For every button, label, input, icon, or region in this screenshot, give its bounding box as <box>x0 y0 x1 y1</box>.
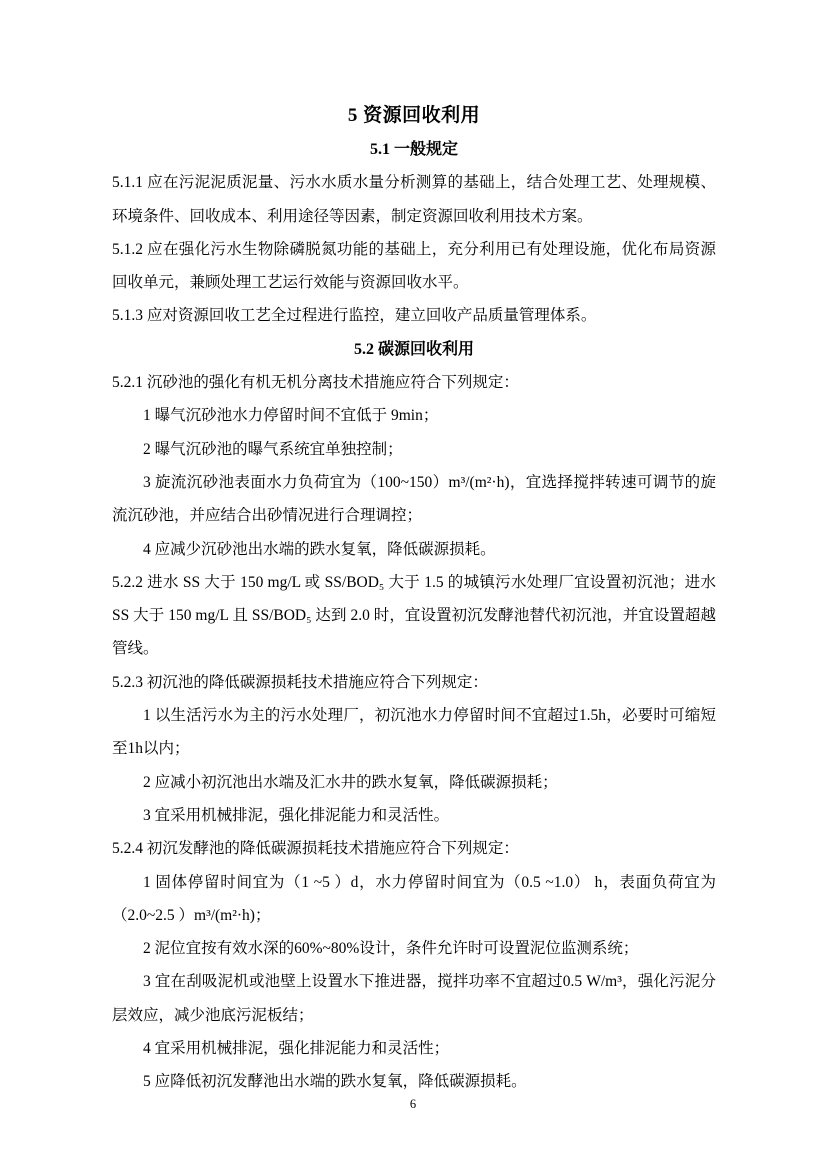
clause-5-2-3: 5.2.3 初沉池的降低碳源损耗技术措施应符合下列规定： <box>112 666 716 699</box>
clause-5-2-3-item-2: 2 应减小初沉池出水端及汇水井的跌水复氧，降低碳源损耗； <box>112 766 716 799</box>
clause-5-1-3: 5.1.3 应对资源回收工艺全过程进行监控，建立回收产品质量管理体系。 <box>112 299 716 332</box>
clause-5-2-4: 5.2.4 初沉发酵池的降低碳源损耗技术措施应符合下列规定： <box>112 832 716 865</box>
clause-5-2-4-item-1: 1 固体停留时间宜为（1 ~5 ）d，水力停留时间宜为（0.5 ~1.0） h，… <box>112 866 716 933</box>
clause-5-2-1: 5.2.1 沉砂池的强化有机无机分离技术措施应符合下列规定： <box>112 366 716 399</box>
section-heading-5-2: 5.2 碳源回收利用 <box>112 333 716 366</box>
clause-5-2-3-item-3: 3 宜采用机械排泥，强化排泥能力和灵活性。 <box>112 799 716 832</box>
document-content: 5 资源回收利用 5.1 一般规定 5.1.1 应在污泥泥质泥量、污水水质水量分… <box>112 99 716 1099</box>
clause-5-2-1-item-3: 3 旋流沉砂池表面水力负荷宜为（100~150）m³/(m²·h)，宜选择搅拌转… <box>112 466 716 533</box>
clause-5-2-1-item-4: 4 应减少沉砂池出水端的跌水复氧，降低碳源损耗。 <box>112 533 716 566</box>
chapter-title: 5 资源回收利用 <box>112 99 716 133</box>
clause-5-2-1-item-1: 1 曝气沉砂池水力停留时间不宜低于 9min； <box>112 399 716 432</box>
clause-5-2-4-item-4: 4 宜采用机械排泥，强化排泥能力和灵活性； <box>112 1032 716 1065</box>
clause-5-2-4-item-3: 3 宜在刮吸泥机或池壁上设置水下推进器，搅拌功率不宜超过0.5 W/m³，强化污… <box>112 965 716 1032</box>
clause-5-1-1: 5.1.1 应在污泥泥质泥量、污水水质水量分析测算的基础上，结合处理工艺、处理规… <box>112 166 716 233</box>
clause-5-2-4-item-5: 5 应降低初沉发酵池出水端的跌水复氧，降低碳源损耗。 <box>112 1065 716 1098</box>
clause-5-2-2: 5.2.2 进水 SS 大于 150 mg/L 或 SS/BOD₅ 大于 1.5… <box>112 566 716 666</box>
clause-5-2-3-item-1: 1 以生活污水为主的污水处理厂，初沉池水力停留时间不宜超过1.5h，必要时可缩短… <box>112 699 716 766</box>
clause-5-1-2: 5.1.2 应在强化污水生物除磷脱氮功能的基础上，充分利用已有处理设施，优化布局… <box>112 233 716 300</box>
page-number: 6 <box>0 1096 826 1112</box>
clause-5-2-4-item-2: 2 泥位宜按有效水深的60%~80%设计，条件允许时可设置泥位监测系统； <box>112 932 716 965</box>
clause-5-2-1-item-2: 2 曝气沉砂池的曝气系统宜单独控制； <box>112 433 716 466</box>
document-page: 5 资源回收利用 5.1 一般规定 5.1.1 应在污泥泥质泥量、污水水质水量分… <box>0 0 826 1169</box>
section-heading-5-1: 5.1 一般规定 <box>112 133 716 166</box>
